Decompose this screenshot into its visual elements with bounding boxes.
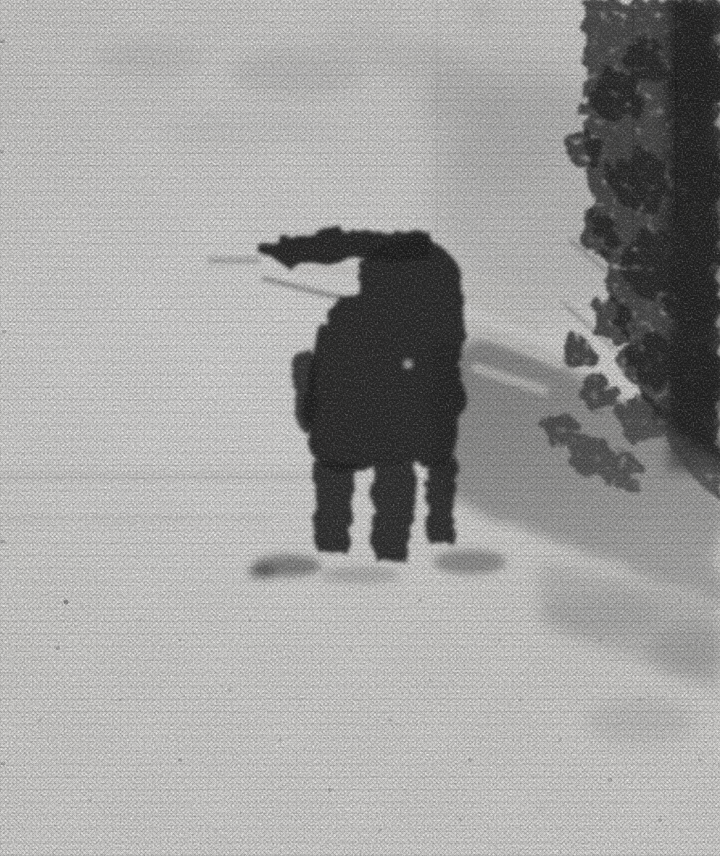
figure-leg-left: [314, 462, 356, 554]
log-tip: [208, 257, 260, 264]
photo-scene: [0, 0, 720, 856]
figure-arm: [293, 348, 319, 432]
halftone-photograph: [0, 0, 720, 856]
figure-highlight-spot: [403, 359, 413, 369]
